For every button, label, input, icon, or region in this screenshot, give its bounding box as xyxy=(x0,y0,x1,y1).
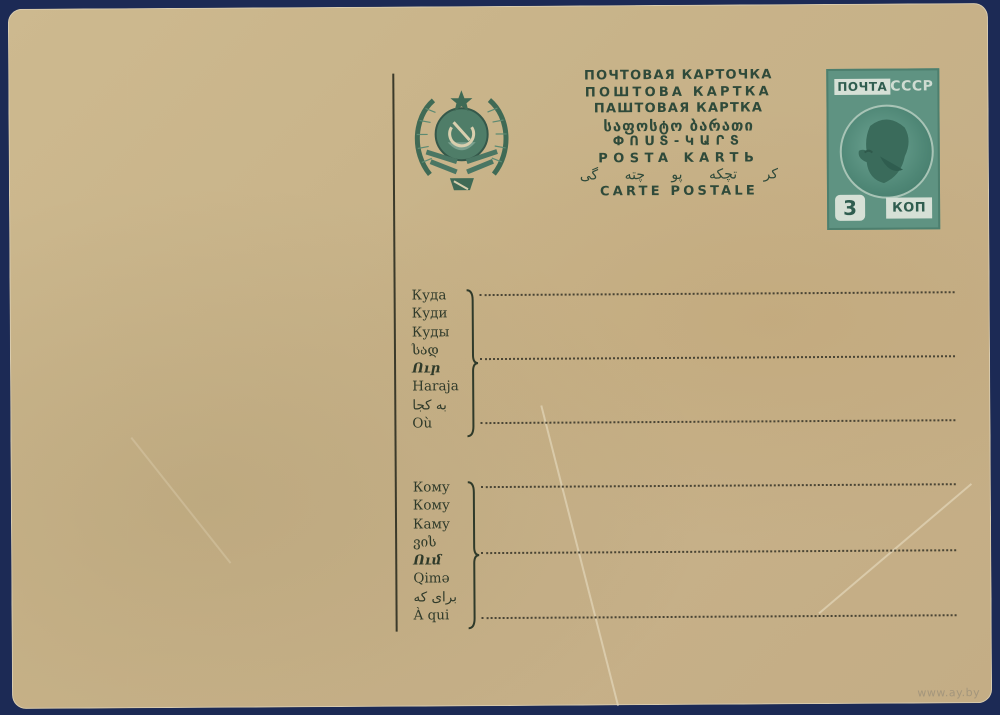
address-labels: Куда Куди Куды სად Ուր Haraja به کجا Où xyxy=(412,286,459,433)
label-georgian: სად xyxy=(412,341,459,360)
title-ukrainian: ПОШТОВА КАРТКА xyxy=(563,84,793,102)
label-ukrainian: Куди xyxy=(412,305,459,324)
label-armenian: Ուր xyxy=(412,359,459,378)
stamp-country: СССР xyxy=(890,78,933,94)
label-azerbaijani: Qimə xyxy=(413,570,457,589)
recipient-labels: Кому Кому Каму ვის Ում Qimə برای که À qu… xyxy=(413,478,457,625)
stamp-value: 3 xyxy=(835,195,865,221)
title-russian: ПОЧТОВАЯ КАРТОЧКА xyxy=(563,67,793,85)
label-armenian: Ում xyxy=(413,551,457,570)
title-armenian: ՓՈՍՏ-ԿԱՐՏ xyxy=(564,133,794,151)
stamp-label: ПОЧТА xyxy=(834,79,890,95)
label-russian: Кому xyxy=(413,478,457,497)
recipient-line[interactable] xyxy=(482,614,957,619)
recipient-line[interactable] xyxy=(481,483,956,488)
label-persian: به کجا xyxy=(412,396,459,415)
title-belarusian: ПАШТОВАЯ КАРТКА xyxy=(563,100,793,118)
label-georgian: ვის xyxy=(413,533,457,552)
address-line[interactable] xyxy=(480,419,955,424)
label-azerbaijani: Haraja xyxy=(412,378,459,397)
stamp-portrait-icon xyxy=(839,104,934,199)
label-persian: برای که xyxy=(413,588,457,607)
title-azerbaijani: POSTA KARTЬ xyxy=(564,150,794,168)
paper-crease xyxy=(540,405,619,706)
brace-icon xyxy=(466,480,481,630)
title-georgian: საფოსტო ბარათი xyxy=(564,117,794,135)
address-line[interactable] xyxy=(480,291,955,296)
label-russian: Куда xyxy=(412,286,459,305)
label-french: Où xyxy=(412,414,459,433)
postage-stamp: ПОЧТА СССР 3 КОП xyxy=(826,68,940,230)
watermark: www.ay.by xyxy=(917,686,980,699)
postal-card: ПОЧТОВАЯ КАРТОЧКА ПОШТОВА КАРТКА ПАШТОВА… xyxy=(8,3,992,709)
label-french: À qui xyxy=(414,606,458,625)
card-title-block: ПОЧТОВАЯ КАРТОЧКА ПОШТОВА КАРТКА ПАШТОВА… xyxy=(563,67,794,200)
brace-icon xyxy=(465,288,480,438)
stamp-currency: КОП xyxy=(886,197,932,218)
label-belarusian: Куды xyxy=(412,323,459,342)
label-ukrainian: Кому xyxy=(413,497,457,516)
ussr-emblem-icon xyxy=(411,82,512,199)
address-line[interactable] xyxy=(480,355,955,360)
recipient-line[interactable] xyxy=(481,549,956,554)
title-french: CARTE POSTALE xyxy=(564,183,794,201)
divider-line xyxy=(392,74,397,632)
paper-crease xyxy=(130,437,231,564)
label-belarusian: Каму xyxy=(413,515,457,534)
title-persian: کر تچکه پو چته گی xyxy=(564,166,794,184)
